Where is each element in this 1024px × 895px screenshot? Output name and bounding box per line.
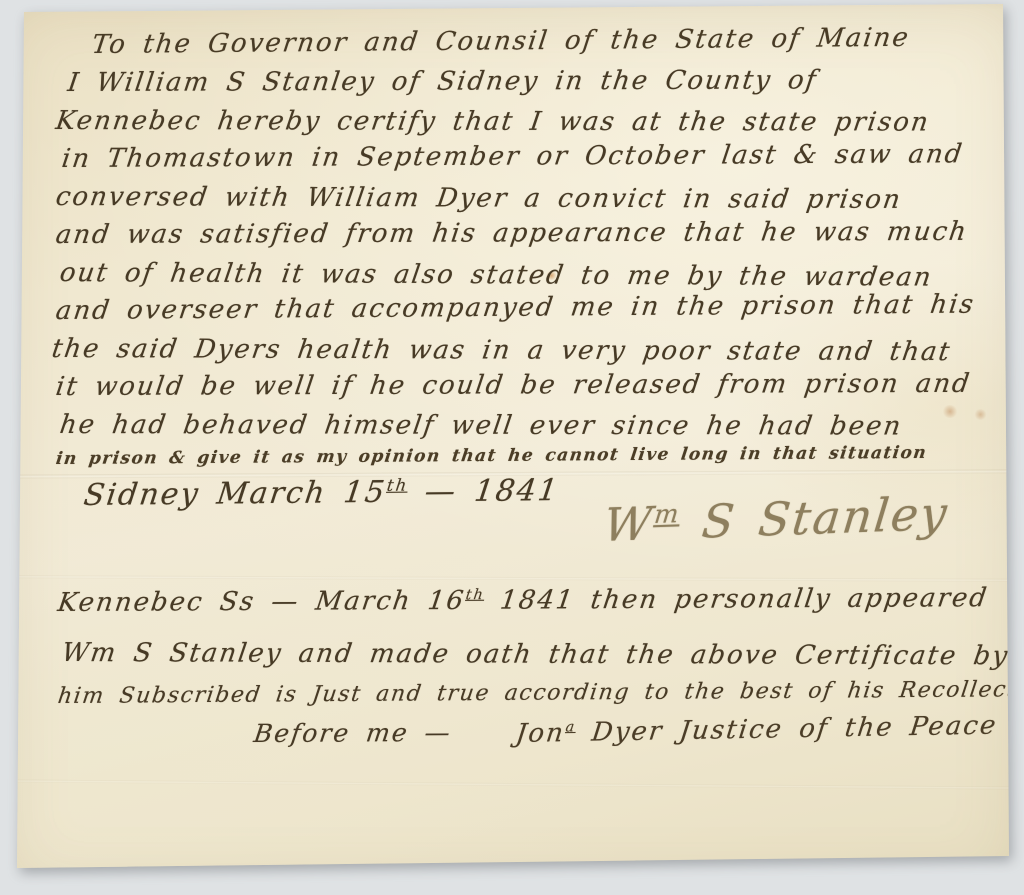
attestation-dateline: Kennebec Ss — March 16th 1841 then perso…	[56, 583, 989, 618]
attestation-line: Wm S Stanley and made oath that the abov…	[60, 638, 988, 671]
dateline-year: — 1841	[405, 473, 561, 510]
body-line: I William S Stanley of Sidney in the Cou…	[65, 61, 989, 102]
signature-text: S Stanley	[677, 486, 952, 549]
justice-title: Dyer Justice of the Peace	[573, 711, 999, 748]
attestation-closing: Before me — Jona Dyer Justice of the Pea…	[58, 719, 986, 749]
attestation-block: Kennebec Ss — March 16th 1841 then perso…	[58, 588, 986, 749]
body-line: it would be well if he could be released…	[53, 365, 989, 406]
dateline-text: Sidney March 15	[82, 475, 389, 513]
letter-body: To the Governor and Counsil of the State…	[56, 26, 986, 513]
before-me-label: Before me —	[252, 718, 454, 749]
signature-superscript: m	[653, 499, 682, 529]
paper-shadow: To the Governor and Counsil of the State…	[0, 0, 1024, 895]
fold-crease	[0, 779, 1024, 789]
body-line: and was satisfied from his appearance th…	[53, 213, 989, 254]
attestation-line: him Subscribed is Just and true accordin…	[56, 678, 988, 709]
document-scan: To the Governor and Counsil of the State…	[0, 0, 1024, 895]
fold-crease	[0, 575, 1024, 582]
stanley-signature: Wm S Stanley	[601, 486, 951, 552]
body-line: To the Governor and Counsil of the State…	[89, 18, 989, 64]
attestation-text: 1841 then personally appeared	[482, 583, 990, 616]
body-line: and overseer that accompanyed me in the …	[53, 286, 989, 330]
inserted-opinion-line: in prison & give it as my opinion that h…	[55, 442, 989, 470]
body-line: he had behaved himself well ever since h…	[57, 406, 988, 446]
attestation-superscript: th	[465, 587, 486, 603]
attestation-text: Kennebec Ss — March 16	[56, 586, 467, 618]
paper-sheet: To the Governor and Counsil of the State…	[0, 0, 1024, 895]
justice-signature: Jona Dyer Justice of the Peace	[514, 711, 999, 749]
dateline-superscript: th	[386, 476, 410, 495]
justice-name: Jon	[514, 718, 567, 749]
body-line: in Thomastown in September or October la…	[59, 135, 989, 178]
signature-text: W	[601, 496, 656, 552]
